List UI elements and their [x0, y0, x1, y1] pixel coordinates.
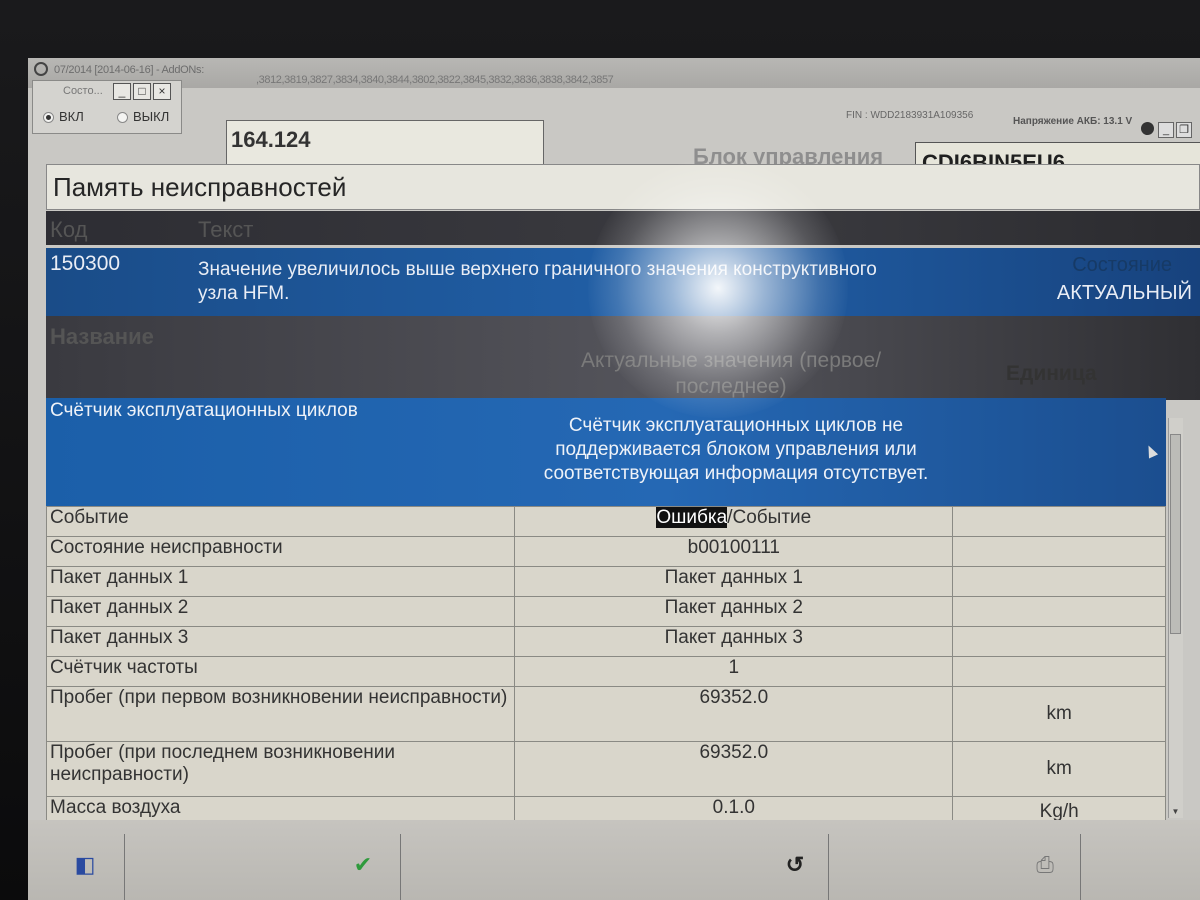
row-value: 69352.0: [515, 687, 953, 742]
header-state: Состояние: [1072, 254, 1172, 277]
status-window-title: Состо...: [63, 85, 103, 97]
fault-state: АКТУАЛЬНЫЙ: [1057, 282, 1192, 305]
status-window: Состо... _ □ × ВКЛ ВЫКЛ: [32, 80, 182, 134]
row-unit: [953, 507, 1166, 537]
window-title: 07/2014 [2014-06-16] - AddONs:: [54, 64, 204, 76]
table-row[interactable]: Пакет данных 2Пакет данных 2: [47, 597, 1166, 627]
back-arrow-icon[interactable]: ↺: [780, 850, 810, 880]
header-code: Код: [50, 217, 87, 243]
fault-row[interactable]: 150300 Значение увеличилось выше верхнег…: [46, 248, 1200, 326]
bottom-toolbar: ◧ ✔ ↺ ⎙: [28, 820, 1200, 900]
row-value: Пакет данных 1: [515, 567, 953, 597]
radio-off[interactable]: ВЫКЛ: [117, 109, 169, 124]
radio-on[interactable]: ВКЛ: [43, 109, 84, 124]
xentry-screen: 07/2014 [2014-06-16] - AddONs: ,3812,381…: [28, 58, 1200, 900]
cube-arrow-icon[interactable]: ◧: [70, 850, 100, 880]
header-values: Актуальные значения (первое/последнее): [566, 348, 896, 400]
table-row[interactable]: СобытиеОшибка/Событие: [47, 507, 1166, 537]
row-name: Событие: [47, 507, 515, 537]
table-row[interactable]: Состояние неисправностиb00100111: [47, 537, 1166, 567]
row-name: Счётчик частоты: [47, 657, 515, 687]
value-rest: /Событие: [727, 507, 811, 528]
row-unit: km: [953, 687, 1166, 742]
selected-row-name: Счётчик эксплуатационных циклов: [50, 400, 358, 422]
row-value: 69352.0: [515, 742, 953, 797]
scroll-down-icon[interactable]: ▼: [1170, 807, 1181, 818]
table-row[interactable]: Пробег (при первом возникновении неиспра…: [47, 687, 1166, 742]
table-row[interactable]: Счётчик частоты1: [47, 657, 1166, 687]
row-unit: [953, 657, 1166, 687]
row-name: Пакет данных 2: [47, 597, 515, 627]
fault-table-header: Код Текст: [46, 211, 1200, 245]
header-name: Название: [50, 324, 154, 350]
row-name: Пробег (при последнем возникновении неис…: [47, 742, 515, 797]
env-table-header: Название Актуальные значения (первое/пос…: [46, 316, 1200, 400]
header-text: Текст: [198, 217, 253, 243]
close-button[interactable]: ×: [153, 83, 171, 100]
row-value: Пакет данных 3: [515, 627, 953, 657]
radio-on-indicator: [43, 112, 54, 123]
toolbar-separator: [124, 834, 125, 900]
row-value: 1: [515, 657, 953, 687]
table-row[interactable]: Пакет данных 3Пакет данных 3: [47, 627, 1166, 657]
main-minimize-button[interactable]: _: [1158, 122, 1174, 138]
selected-row-value: Счётчик эксплуатационных циклов не подде…: [516, 414, 956, 486]
battery-voltage: Напряжение АКБ: 13.1 V: [1013, 116, 1132, 127]
row-name: Пакет данных 1: [47, 567, 515, 597]
toolbar-separator: [400, 834, 401, 900]
printer-icon[interactable]: ⎙: [1030, 850, 1060, 880]
table-row[interactable]: Пробег (при последнем возникновении неис…: [47, 742, 1166, 797]
row-name: Состояние неисправности: [47, 537, 515, 567]
row-value: Пакет данных 2: [515, 597, 953, 627]
vertical-scrollbar[interactable]: ▼: [1168, 418, 1183, 818]
app-logo-icon: [34, 62, 48, 76]
row-value: b00100111: [515, 537, 953, 567]
value-display: 164.124: [226, 120, 544, 166]
row-unit: [953, 537, 1166, 567]
scrollbar-thumb[interactable]: [1170, 434, 1181, 634]
radio-off-indicator: [117, 112, 128, 123]
radio-on-label: ВКЛ: [59, 109, 84, 124]
checkmark-icon[interactable]: ✔: [348, 850, 378, 880]
fin-number: FIN : WDD2183931A109356: [846, 110, 973, 121]
main-restore-button[interactable]: ❐: [1176, 122, 1192, 138]
toolbar-separator: [828, 834, 829, 900]
table-row[interactable]: Пакет данных 1Пакет данных 1: [47, 567, 1166, 597]
env-table: СобытиеОшибка/СобытиеСостояние неисправн…: [46, 506, 1166, 827]
row-unit: km: [953, 742, 1166, 797]
title-bar: 07/2014 [2014-06-16] - AddONs: ,3812,381…: [28, 58, 1200, 88]
addons-list: ,3812,3819,3827,3834,3840,3844,3802,3822…: [256, 74, 613, 86]
gauge-icon: [1141, 122, 1154, 135]
maximize-button[interactable]: □: [133, 83, 151, 100]
row-value: Ошибка/Событие: [515, 507, 953, 537]
page-title: Память неисправностей: [46, 164, 1200, 210]
row-name: Пробег (при первом возникновении неиспра…: [47, 687, 515, 742]
fault-text: Значение увеличилось выше верхнего грани…: [198, 258, 918, 306]
header-unit: Единица: [1006, 362, 1097, 386]
minimize-button[interactable]: _: [113, 83, 131, 100]
toolbar-separator: [1080, 834, 1081, 900]
row-name: Пакет данных 3: [47, 627, 515, 657]
radio-off-label: ВЫКЛ: [133, 109, 169, 124]
row-unit: [953, 597, 1166, 627]
highlighted-value: Ошибка: [656, 507, 727, 528]
row-unit: [953, 567, 1166, 597]
row-unit: [953, 627, 1166, 657]
fault-code: 150300: [50, 252, 120, 276]
